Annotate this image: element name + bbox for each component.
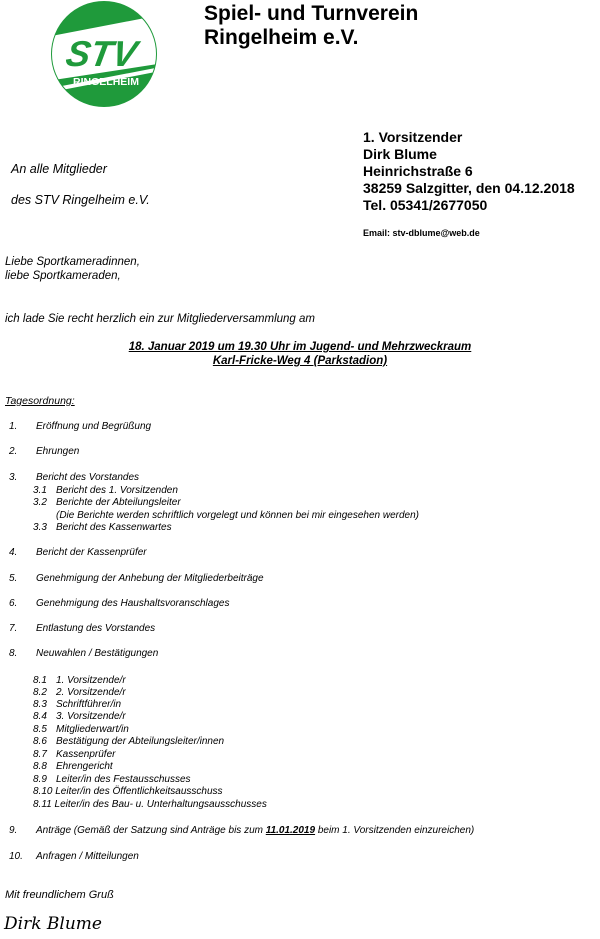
sender-name: Dirk Blume [363,146,575,163]
agenda-subitem-text: Ehrengericht [56,761,113,772]
agenda-item-text: Genehmigung des Haushaltsvoranschlages [36,598,229,609]
agenda-item-number: 6. [9,598,36,611]
agenda-item: 6.Genehmigung des Haushaltsvoranschlages [9,598,229,611]
agenda-item-number: 4. [9,547,36,560]
recipient-line1: An alle Mitglieder [11,162,107,176]
agenda-item-number: 5. [9,573,36,586]
agenda-subitem-text: Leiter/in des Öffentlichkeitsausschuss [55,786,222,797]
agenda-subitem: 8.5Mitgliederwart/in [33,724,129,737]
agenda-item-number: 8. [9,648,36,661]
agenda-subitem-number: 8.7 [33,749,56,762]
signature: Dirk Blume [4,914,102,934]
agenda-item-text: Entlastung des Vorstandes [36,623,155,634]
agenda-subitem: 8.22. Vorsitzende/r [33,687,126,700]
agenda-subitem-number: 8.5 [33,724,56,737]
agenda-subitem-text: Mitgliederwart/in [56,724,129,735]
agenda-subitem-text: 2. Vorsitzende/r [56,687,126,698]
agenda-subitem-number: 8.10 [33,786,52,797]
recipient-line2: des STV Ringelheim e.V. [11,193,150,207]
agenda-item-text: Bericht der Kassenprüfer [36,547,147,558]
agenda-subitem: 8.3Schriftführer/in [33,699,121,712]
agenda-item-text: Bericht des Vorstandes [36,472,139,483]
agenda-subitem-text: Kassenprüfer [56,749,115,760]
agenda-subitem: 8.11. Vorsitzende/r [33,675,126,688]
agenda-subitem-text: 3. Vorsitzende/r [56,711,126,722]
agenda-subitem: 3.3Bericht des Kassenwartes [33,522,172,535]
agenda-item: 4.Bericht der Kassenprüfer [9,547,147,560]
agenda-item: 10.Anfragen / Mitteilungen [9,851,139,864]
club-name-line2: Ringelheim e.V. [204,26,418,50]
club-name: Spiel- und Turnverein Ringelheim e.V. [204,2,418,50]
agenda-subitem-number: 3.2 [33,497,56,510]
agenda-item-text: Neuwahlen / Bestätigungen [36,648,158,659]
agenda-subitem-number: 8.4 [33,711,56,724]
agenda-subitem: 8.7Kassenprüfer [33,749,115,762]
agenda-subitem: 8.43. Vorsitzende/r [33,711,126,724]
sender-street: Heinrichstraße 6 [363,163,575,180]
sender-role: 1. Vorsitzender [363,129,575,146]
agenda-item-text: Anträge (Gemäß der Satzung sind Anträge … [36,825,266,836]
agenda-subitem: 3.1Bericht des 1. Vorsitzenden [33,485,178,498]
deadline-date: 11.01.2019 [266,825,315,836]
agenda-subitem-text: Leiter/in des Festausschusses [56,774,191,785]
agenda-item-text: Eröffnung und Begrüßung [36,421,151,432]
agenda-subitem-number: 8.6 [33,736,56,749]
sender-email[interactable]: Email: stv-dblume@web.de [363,228,480,238]
agenda-item: 8.Neuwahlen / Bestätigungen [9,648,158,661]
salutation-line2: liebe Sportkameraden, [5,270,121,282]
agenda-subitem: 3.2Berichte der Abteilungsleiter [33,497,181,510]
agenda-subitem-number: 8.2 [33,687,56,700]
sender-phone: Tel. 05341/2677050 [363,197,575,214]
agenda-subitem-number: 8.9 [33,774,56,787]
agenda-subitem-text: Bericht des 1. Vorsitzenden [56,485,178,496]
agenda-item-number: 7. [9,623,36,636]
agenda-subitem: 8.8Ehrengericht [33,761,113,774]
salutation-line1: Liebe Sportkameradinnen, [5,256,140,268]
sender-city-date: 38259 Salzgitter, den 04.12.2018 [363,180,575,197]
agenda-subitem-number: 8.8 [33,761,56,774]
invitation-text: ich lade Sie recht herzlich ein zur Mitg… [5,313,315,325]
agenda-subitem-text: Berichte der Abteilungsleiter [56,497,181,508]
agenda-subitem: 8.6Bestätigung der Abteilungsleiter/inne… [33,736,224,749]
agenda-item-number: 2. [9,446,36,459]
agenda-subitem-text: Bericht des Kassenwartes [56,522,172,533]
svg-text:STV: STV [63,33,143,74]
agenda-item-number: 9. [9,825,36,838]
club-name-line1: Spiel- und Turnverein [204,2,418,26]
agenda-item-number: 10. [9,851,36,864]
agenda-item: 5.Genehmigung der Anhebung der Mitgliede… [9,573,264,586]
agenda-item: 9.Anträge (Gemäß der Satzung sind Anträg… [9,825,474,838]
stv-logo: STV RINGELHEIM [46,0,162,108]
agenda-item: 3.Bericht des Vorstandes [9,472,139,485]
agenda-subitem-text: Leiter/in des Bau- u. Unterhaltungsaussc… [55,799,267,810]
agenda-subitem-text: Bestätigung der Abteilungsleiter/innen [56,736,224,747]
event-address: Karl-Fricke-Weg 4 (Parkstadion) [0,354,600,368]
agenda-subitem-number: 3.1 [33,485,56,498]
agenda-item-number: 3. [9,472,36,485]
agenda-item-number: 1. [9,421,36,434]
agenda-subitem-text: Schriftführer/in [56,699,121,710]
sender-block: 1. Vorsitzender Dirk Blume Heinrichstraß… [363,129,575,214]
agenda-subitem-number: 8.1 [33,675,56,688]
agenda-item-text: Genehmigung der Anhebung der Mitgliederb… [36,573,264,584]
agenda-subitem-number: 3.3 [33,522,56,535]
agenda-subitem-note: (Die Berichte werden schriftlich vorgele… [56,510,419,523]
svg-text:RINGELHEIM: RINGELHEIM [73,76,139,88]
agenda-subitem-number: 8.11 [33,799,52,810]
agenda-subitem: 8.10 Leiter/in des Öffentlichkeitsaussch… [33,786,223,799]
agenda-subitem-number: 8.3 [33,699,56,712]
agenda-item-text: Anfragen / Mitteilungen [36,851,139,862]
agenda-item-text: Ehrungen [36,446,79,457]
event-date-place: 18. Januar 2019 um 19.30 Uhr im Jugend- … [0,340,600,354]
agenda-item: 7.Entlastung des Vorstandes [9,623,155,636]
agenda-item: 2.Ehrungen [9,446,79,459]
agenda-subitem-text: 1. Vorsitzende/r [56,675,126,686]
closing: Mit freundlichem Gruß [5,889,114,901]
agenda-title: Tagesordnung: [5,395,75,407]
agenda-subitem: 8.9Leiter/in des Festausschusses [33,774,191,787]
agenda-item: 1.Eröffnung und Begrüßung [9,421,151,434]
agenda-subitem: 8.11 Leiter/in des Bau- u. Unterhaltungs… [33,799,267,812]
agenda-item-text: beim 1. Vorsitzenden einzureichen) [315,825,474,836]
